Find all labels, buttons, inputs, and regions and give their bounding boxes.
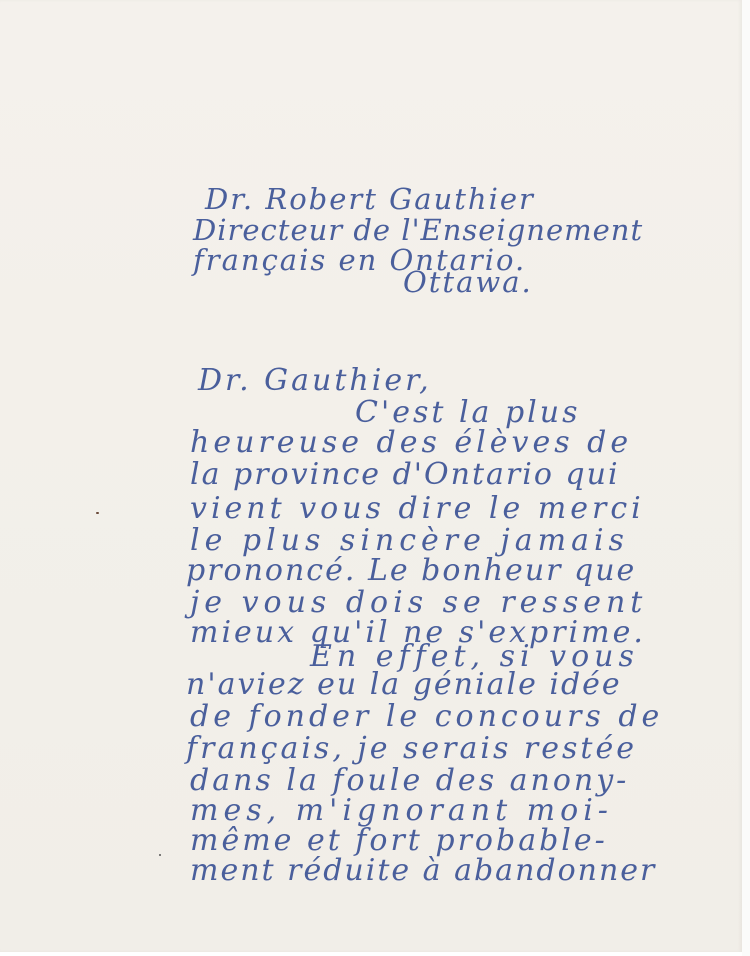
paper-speck: [96, 512, 99, 514]
body-line: n'aviez eu la géniale idée: [186, 670, 622, 700]
body-line: ment réduite à abandonner: [190, 856, 656, 886]
body-line: vient vous dire le merci: [190, 494, 645, 524]
address-line-city: Ottawa.: [403, 268, 533, 297]
body-line: heureuse des élèves de: [190, 428, 632, 458]
body-line: mes, m'ignorant moi-: [190, 796, 613, 826]
address-line-name: Dr. Robert Gauthier: [205, 185, 535, 214]
body-line: la province d'Ontario qui: [190, 460, 620, 490]
address-line-title: Directeur de l'Enseignement: [193, 216, 643, 245]
body-line: dans la foule des anony-: [190, 766, 629, 796]
body-line: même et fort probable-: [190, 826, 608, 856]
body-line: de fonder le concours de: [190, 702, 663, 732]
letter-page: Dr. Robert Gauthier Directeur de l'Ensei…: [0, 0, 742, 952]
paper-speck: [159, 854, 161, 856]
body-line: le plus sincère jamais: [190, 526, 629, 556]
body-line: prononcé. Le bonheur que: [186, 556, 636, 586]
body-line: français, je serais restée: [186, 734, 637, 764]
body-line: C'est la plus: [355, 398, 580, 428]
page-edge: [742, 0, 750, 956]
body-line: je vous dois se ressent: [190, 588, 647, 618]
salutation: Dr. Gauthier,: [198, 366, 432, 396]
